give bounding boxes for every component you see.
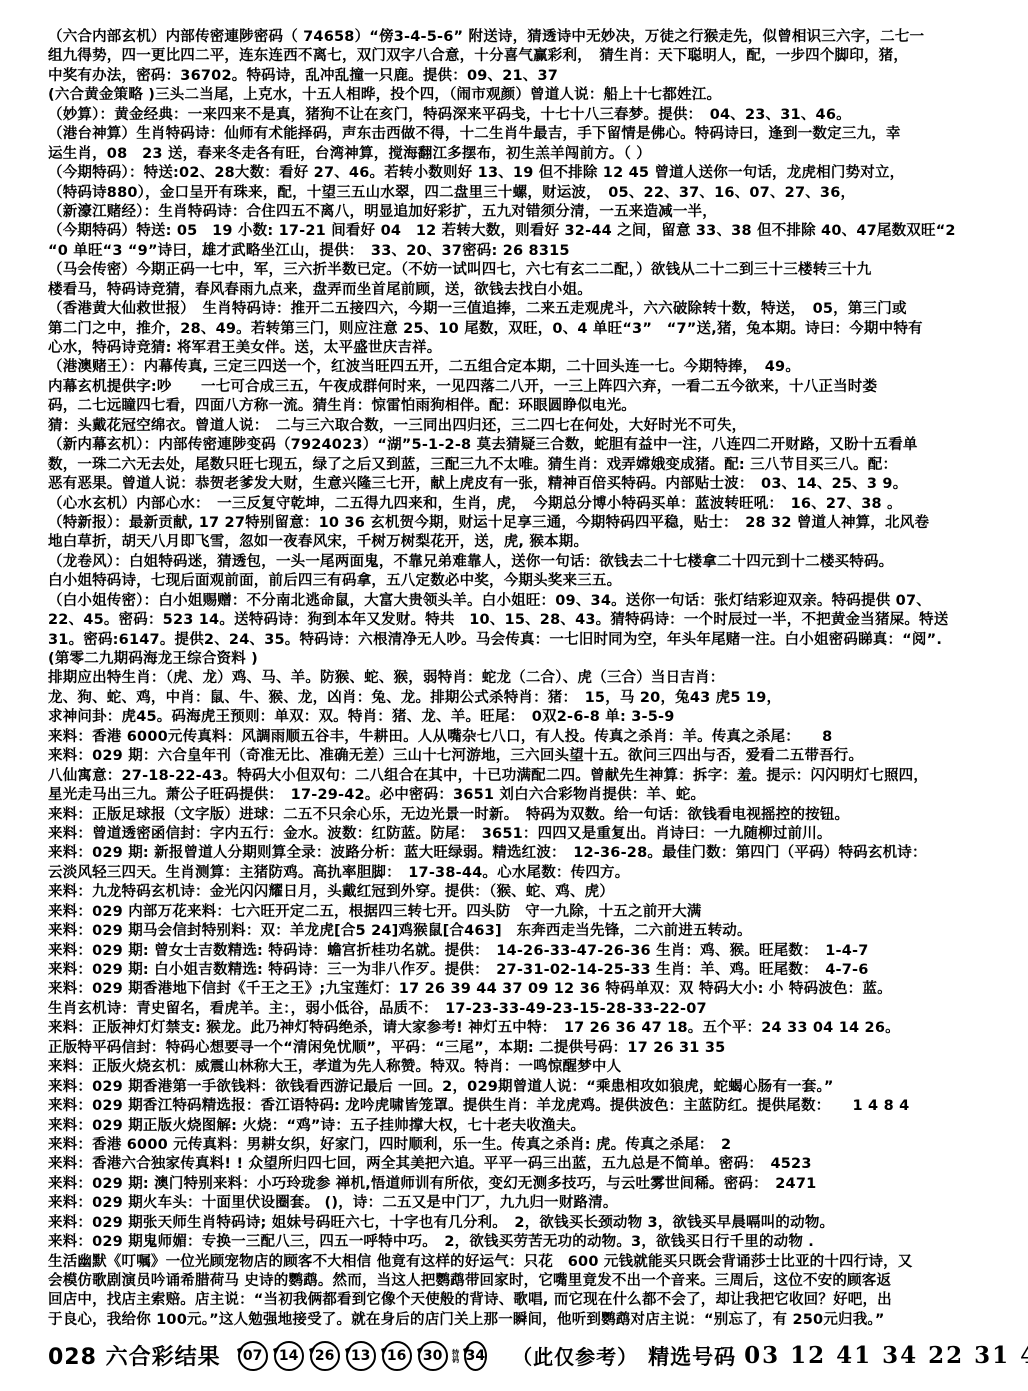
text-line: 数，一珠二六无去处，尾数只旺七现五，绿了之后又到蓝，三配三九不太唯。猜生肖：戏弄… <box>48 456 984 475</box>
text-line: 来料：正版火烧玄机：威震山林称大王，孝道为先人称赞。特双。特肖：一鸣惊醒梦中人 <box>48 1058 984 1077</box>
text-line: 22、45。密码：523 14。送特码诗：狗到本年又发财。特共 10、15、28… <box>48 611 984 630</box>
text-line: 来料：029 期张天师生肖特码诗; 姐妹号码旺六七，十字也有几分利。 2，欲钱买… <box>48 1214 984 1233</box>
text-line: 来料：曾道透密函信封：字内五行：金水。波数：红防蓝。防尾： 3651：四四又是重… <box>48 825 984 844</box>
text-line: 来料：029 期：六合皇年刊（奇准无比、准确无差）三山十七河游地，三六回头望十五… <box>48 747 984 766</box>
text-line: 恶有恶果。曾道人说：恭贺老爹发大财，生意兴隆三七开，献上虎皮有一张，精神百倍买特… <box>48 475 984 494</box>
text-line: 来料：029 期香港第一手欲钱料：欲钱看西游记最后 一回。2，029期曾道人说：… <box>48 1078 984 1097</box>
text-line: 会模仿歌剧演员吟诵希腊荷马 史诗的鹦鹉。然而，当这人把鹦鹉带回家时，它嘴里竟发不… <box>48 1272 984 1291</box>
text-line: （香港黄大仙救世报） 生肖特码诗：推开二五接四六，今期一三值追捧，二来五走观虎斗… <box>48 300 984 319</box>
text-line: 来料：029 期火车头：十面里伏设圈套。 ()，诗：二五又是中门丆，九九归一财路… <box>48 1194 984 1213</box>
text-line: （心水玄机）内部心水： 一三反复守乾坤，二五得九四来和，生肖，虎， 今期总分博小… <box>48 495 984 514</box>
lottery-tip-sheet: （六合内部玄机）内部传密連陟密码（ 74658）“傍3-4-5-6” 附送诗，猜… <box>0 0 1028 1391</box>
text-line: （港台神算）生肖特码诗：仙师有术能择码，声东击西做不得，十二生肖牛最吉，手下留情… <box>48 125 984 144</box>
text-line: 来料：香港六合独家传真料! ! 众望所归四七回，两全其美把六追。平平一码三出蓝，… <box>48 1155 984 1174</box>
selected-numbers-label: 精选号码 <box>648 1341 736 1371</box>
text-line: 心水，特码诗竞猜: 将军君王美女伴。送，太平盛世庆吉祥。 <box>48 339 984 358</box>
text-body: （六合内部玄机）内部传密連陟密码（ 74658）“傍3-4-5-6” 附送诗，猜… <box>48 28 984 1330</box>
text-line: （白小姐传密）：白小姐赐赠：不分南北逃命鼠，大富大贵领头羊。白小姐旺：09、34… <box>48 592 984 611</box>
text-line: 排期应出特生肖：（虎、龙）鸡、马、羊。防猴、蛇、猴，弱特肖：蛇龙（二合）、虎（三… <box>48 669 984 688</box>
text-line: 龙、狗、蛇、鸡，中肖：鼠、牛、猴、龙，凶肖：兔、龙。排期公式杀特肖：猪： 15，… <box>48 689 984 708</box>
text-line: （今期特码）特送: 05 19 小数: 17-21 间看好 04 12 若转大数… <box>48 222 984 241</box>
result-ball: 16 <box>382 1341 412 1371</box>
draw-result-row: 028 六合彩结果 071426131630 特码 34 （此仅参考） 精选号码… <box>48 1340 984 1371</box>
text-line: 来料：029 期正版火烧图解: 火烧：“鸡”诗：五子挂帅撑大权，七十老夫收渔夫。 <box>48 1117 984 1136</box>
text-line: 来料：029 期: 新报曾道人分期则算全录：波路分析：蓝大旺绿弱。精选红波： 1… <box>48 844 984 863</box>
draw-result-label: 028 六合彩结果 <box>48 1340 221 1371</box>
text-line: 八仙寓意：27-18-22-43。特码大小但双句：二八组合在其中，十已功满配二四… <box>48 767 984 786</box>
text-line: （马会传密）今期正码一七中，军，三六折半数已定。（不妨一试叫四七，六七有玄二二配… <box>48 261 984 280</box>
text-line: （新内幕玄机）：内部传密連陟变码（7924023）“湖”5-1-2-8 莫去猜疑… <box>48 436 984 455</box>
result-ball: 30 <box>418 1341 448 1371</box>
result-ball: 26 <box>310 1341 340 1371</box>
text-line: 来料：029 期: 澳门特别来料：小巧玲珑参 禅机,悟道师训有所依，变幻无测多技… <box>48 1175 984 1194</box>
text-line: 组九得势，四一更比四二平，连东连西不离七，双门双字八合意，十分喜气赢彩利， 猜生… <box>48 47 984 66</box>
text-line: 第二门之中，推介，28、49。若转第三门，则应注意 25、10 尾数，双旺，0、… <box>48 320 984 339</box>
result-ball: 13 <box>346 1341 376 1371</box>
text-line: 地白草折，胡天八月即飞雪，忽如一夜春风宋，千树万树梨花开，送，虎, 猴本期。 <box>48 533 984 552</box>
text-line: 正版特平码信封：特码心想要寻一个“清闲免忧顺”，平码：“三尾”，本期: 二提供号… <box>48 1039 984 1058</box>
result-balls: 071426131630 <box>235 1341 451 1371</box>
text-line: 楼看马，特码诗竞猜，春风春雨九点来，盘弄而坐首尾前顾，送，欲钱去找白小姐。 <box>48 281 984 300</box>
special-number-ball: 34 <box>464 1341 487 1371</box>
text-line: 来料：香港 6000元传真料：风調雨顺五谷丰，牛耕田。人从嘴杂七八口，有人投。传… <box>48 728 984 747</box>
text-line: (第零二九期码海龙王综合资料 ) <box>48 650 984 669</box>
text-line: （特新报）：最新贡献, 17 27特别留意：10 36 玄机贺今期，财运十足享三… <box>48 514 984 533</box>
text-line: 来料：029 期香港地下信封《千王之王》;九宝莲灯：17 26 39 44 37… <box>48 980 984 999</box>
text-line: （六合内部玄机）内部传密連陟密码（ 74658）“傍3-4-5-6” 附送诗，猜… <box>48 28 984 47</box>
text-line: 回店中，找店主索赔。店主说：“当初我俩都看到它像个天使般的背诗、歌唱, 而它现在… <box>48 1291 984 1310</box>
text-line: 来料：正版足球报（文字版）进球：二五不只余心乐，无边光景一时新。 特码为双数。给… <box>48 806 984 825</box>
text-line: 来料：029 期: 白小姐吉数精选: 特码诗：三一为非八作歹。提供： 27-31… <box>48 961 984 980</box>
text-line: 来料：正版神灯灯禁支: 猴龙。此乃神灯特码绝杀，请大家参考! 神灯五中特： 17… <box>48 1019 984 1038</box>
text-line: 生肖玄机诗：青史留名，看虎羊。主：，弱小低谷，品质不： 17-23-33-49-… <box>48 1000 984 1019</box>
text-line: 码，二七远瞳四七看，四面八方称一流。猜生肖：惊雷怕雨狗相伴。配：环眼圆睁似电光。 <box>48 397 984 416</box>
text-line: 内幕玄机提供字:吵 一七可合成三五，午夜成群何时来，一见四落二八开，一三上阵四六… <box>48 378 984 397</box>
reference-note: （此仅参考） <box>512 1341 638 1370</box>
text-line: 云淡风轻三四天。生肖测算：主猪防鸡。高扏率胆脚： 17-38-44。心水尾数：传… <box>48 864 984 883</box>
result-ball: 14 <box>274 1341 304 1371</box>
text-line: （妙算）：黄金经典：一来四来不是真，猪狗不让在亥门，特码深来平码戋，十七十八三春… <box>48 106 984 125</box>
text-line: 求神问卦：虎45。码海虎王预则：单双：双。特肖：猪、龙、羊。旺尾： 0双2-6-… <box>48 708 984 727</box>
text-line: （港澳赌王）：内幕传真, 三定三四送一个，红波当旺四五开，二五组合定本期，二十回… <box>48 358 984 377</box>
text-line: 来料：029 期: 曾女士吉数精选: 特码诗：蟾宫折桂功名就。提供： 14-26… <box>48 942 984 961</box>
text-line: 31。密码:6147。提供2、24、35。特码诗：六根清净无人吵。马会传真：一七… <box>48 631 984 650</box>
text-line: 来料：029 期香江特码精选报：香江语特码: 龙吟虎啸皆笼罩。提供生肖：羊龙虎鸡… <box>48 1097 984 1116</box>
text-line: 来料：029 期马会信封特别料：双：羊龙虎[合5 24]鸡猴鼠[合463] 东奔… <box>48 922 984 941</box>
result-ball: 07 <box>238 1341 268 1371</box>
text-line: 白小姐特码诗，七现后面观前面，前后四三有码拿，五八定数必中奖，今期头奖来三五。 <box>48 572 984 591</box>
text-line: (六合黄金策略 )三头二当尾，上克水，十五人相晔，投个四，（闹市观颜）曾道人说：… <box>48 86 984 105</box>
text-line: 来料：九龙特码玄机诗：金光闪闪耀日月，头戴红冠到外穿。提供：（猴、蛇、鸡、虎） <box>48 883 984 902</box>
text-line: 生活幽默《叮嘱》一位光顾宠物店的顾客不大相信 他竟有这样的好运气：只花 600 … <box>48 1253 984 1272</box>
text-line: 中奖有办法，密码：36702。特码诗，乱冲乱撞一只鹿。提供：09、21、37 <box>48 67 984 86</box>
text-line: （龙卷风）：白姐特码迷，猜透包，一头一尾两面鬼，不靠兄弟难靠人，送你一句话：欲钱… <box>48 553 984 572</box>
text-line: “0 单旺“3 “9”诗曰，雄才武略坐江山，提供： 33、20、37密码: 26… <box>48 242 984 261</box>
text-line: 于良心，我给你 100元。”这人勉强地接受了。就在身后的店门关上那一瞬间，他听到… <box>48 1311 984 1330</box>
text-line: 来料：029 期鬼师媚：专换一三配八三，四五一呼特中巧。 2，欲钱买劳苦无功的动… <box>48 1233 984 1252</box>
selected-numbers: 03 12 41 34 22 31 46 <box>744 1342 1028 1369</box>
text-line: （特码诗880），金口呈开有珠来，配，十望三五山水翠，四二盘里三十螺，财运波， … <box>48 184 984 203</box>
text-line: 猜：头戴花冠空绵衣。曾道人说： 二与三六取合数，一三同出四归还，三二四七在何处，… <box>48 417 984 436</box>
text-line: 来料：029 内部万花来料：七六旺开定二五，根据四三转七开。四头防 守一九除，十… <box>48 903 984 922</box>
text-line: 星光走马出三九。萧公子旺码提供： 17-29-42。必中密码：3651 刘白六合… <box>48 786 984 805</box>
text-line: （新濠江赌经）：生肖特码诗：合住四五不离八，明显追加好彩扩，五九对错须分清，一五… <box>48 203 984 222</box>
text-line: （今期特码）：特送:02、28大数：看好 27、46。若转小数则好 13、19 … <box>48 164 984 183</box>
text-line: 运生肖，08 23 送，春来冬走各有旺，台湾神算，搅海翻江多摆布，初生羔羊闯前方… <box>48 145 984 164</box>
text-line: 来料：香港 6000 元传真料：男耕女织，好家门，四时顺利，乐一生。传真之杀肖:… <box>48 1136 984 1155</box>
